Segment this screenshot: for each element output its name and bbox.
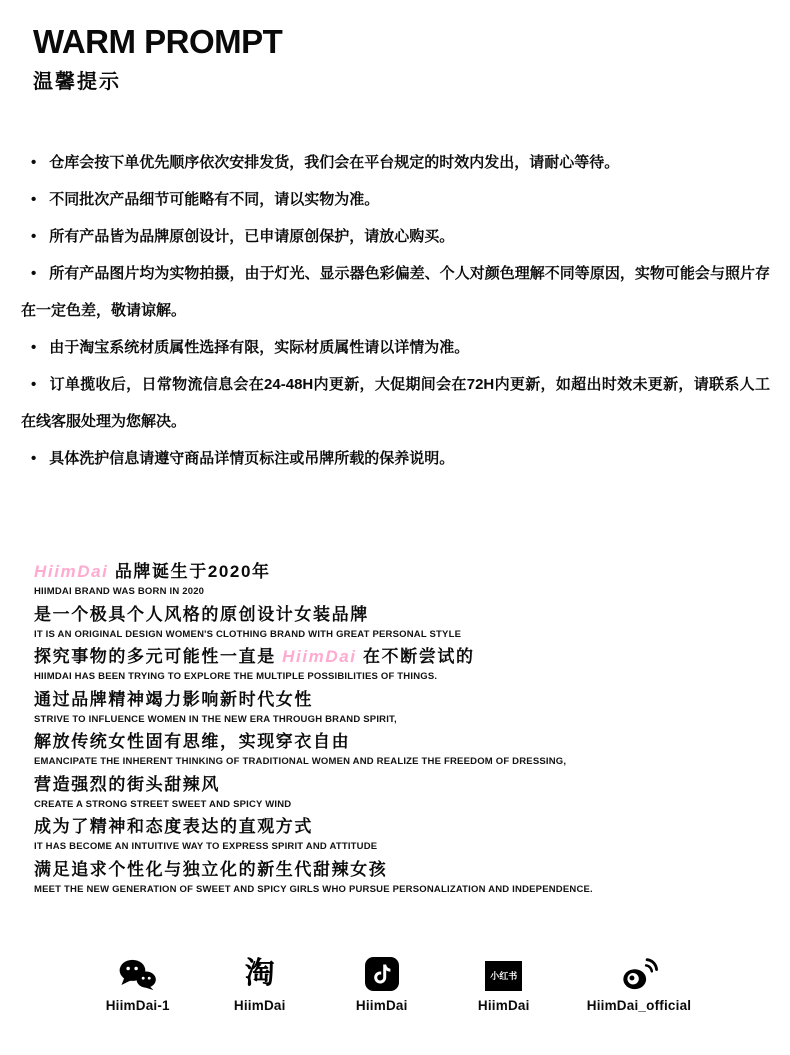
notice-item: •仓库会按下单优先顺序依次安排发货，我们会在平台规定的时效内发出，请耐心等待。: [21, 144, 770, 181]
wechat-icon: [117, 951, 158, 991]
weibo-handle: HiimDai_official: [587, 998, 691, 1013]
bullet-marker: •: [21, 450, 49, 467]
notice-item: •所有产品皆为品牌原创设计，已申请原创保护，请放心购买。: [21, 218, 770, 255]
brand-text: 通过品牌精神竭力影响新时代女性: [34, 690, 313, 709]
notice-text: 所有产品皆为品牌原创设计，已申请原创保护，请放心购买。: [49, 228, 454, 245]
social-item-taobao: 淘 HiimDai: [221, 951, 299, 1013]
brand-line-zh: 通过品牌精神竭力影响新时代女性: [34, 689, 757, 710]
notice-item: •不同批次产品细节可能略有不同，请以实物为准。: [21, 181, 770, 218]
xiaohongshu-icon: 小红书: [485, 951, 522, 991]
brand-text: 探究事物的多元可能性一直是: [34, 647, 282, 666]
brand-line-zh: 探究事物的多元可能性一直是 HiimDai 在不断尝试的: [34, 646, 757, 667]
brand-text: 满足追求个性化与独立化的新生代甜辣女孩: [34, 860, 387, 879]
notice-item: •订单揽收后，日常物流信息会在24-48H内更新，大促期间会在72H内更新，如超…: [21, 366, 770, 440]
notice-text: 不同批次产品细节可能略有不同，请以实物为准。: [49, 191, 379, 208]
brand-line-zh: HiimDai 品牌诞生于2020年: [34, 561, 757, 582]
brand-text: EMANCIPATE THE INHERENT THINKING OF TRAD…: [34, 756, 566, 767]
notice-item: •具体洗护信息请遵守商品详情页标注或吊牌所载的保养说明。: [21, 440, 770, 477]
notice-item: •由于淘宝系统材质属性选择有限，实际材质属性请以详情为准。: [21, 329, 770, 366]
brand-line-zh: 解放传统女性固有思维，实现穿衣自由: [34, 731, 757, 752]
notice-text: 所有产品图片均为实物拍摄，由于灯光、显示器色彩偏差、个人对颜色理解不同等原因，实…: [21, 265, 770, 319]
brand-text: 解放传统女性固有思维，实现穿衣自由: [34, 732, 350, 751]
brand-text: 品牌诞生于2020年: [109, 562, 271, 581]
brand-text: HIIMDAI BRAND WAS BORN IN 2020: [34, 586, 204, 597]
notice-text: 具体洗护信息请遵守商品详情页标注或吊牌所载的保养说明。: [49, 450, 454, 467]
brand-text: IT HAS BECOME AN INTUITIVE WAY TO EXPRES…: [34, 841, 377, 852]
brand-story: HiimDai 品牌诞生于2020年 HIIMDAI BRAND WAS BOR…: [34, 561, 757, 895]
xiaohongshu-glyph: 小红书: [490, 969, 517, 982]
brand-line-en: HIIMDAI HAS BEEN TRYING TO EXPLORE THE M…: [34, 671, 757, 682]
douyin-handle: HiimDai: [356, 998, 408, 1013]
bullet-marker: •: [21, 154, 49, 171]
taobao-icon: 淘: [245, 951, 275, 991]
notice-list: •仓库会按下单优先顺序依次安排发货，我们会在平台规定的时效内发出，请耐心等待。 …: [21, 144, 770, 477]
social-item-douyin: HiimDai: [343, 951, 421, 1013]
social-item-xiaohongshu: 小红书 HiimDai: [465, 951, 543, 1013]
brand-line-en: IT HAS BECOME AN INTUITIVE WAY TO EXPRES…: [34, 841, 757, 852]
taobao-handle: HiimDai: [234, 998, 286, 1013]
brand-text: 是一个极具个人风格的原创设计女装品牌: [34, 605, 369, 624]
brand-line-en: HIIMDAI BRAND WAS BORN IN 2020: [34, 586, 757, 597]
weibo-icon: [620, 951, 658, 991]
social-links-row: HiimDai-1 淘 HiimDai HiimDai 小红书 HiimDai: [0, 951, 790, 1013]
brand-text: 营造强烈的街头甜辣风: [34, 775, 220, 794]
notice-text: 由于淘宝系统材质属性选择有限，实际材质属性请以详情为准。: [49, 339, 469, 356]
brand-text: MEET THE NEW GENERATION OF SWEET AND SPI…: [34, 884, 593, 895]
brand-line-en: IT IS AN ORIGINAL DESIGN WOMEN'S CLOTHIN…: [34, 629, 757, 640]
brand-text: 在不断尝试的: [357, 647, 475, 666]
xiaohongshu-handle: HiimDai: [478, 998, 530, 1013]
notice-item: •所有产品图片均为实物拍摄，由于灯光、显示器色彩偏差、个人对颜色理解不同等原因，…: [21, 255, 770, 329]
brand-text: CREATE A STRONG STREET SWEET AND SPICY W…: [34, 799, 291, 810]
social-item-weibo: HiimDai_official: [587, 951, 691, 1013]
page-subtitle: 温馨提示: [33, 65, 757, 94]
bullet-marker: •: [21, 339, 49, 356]
brand-name-accent: HiimDai: [282, 647, 357, 666]
page-title: WARM PROMPT: [33, 24, 757, 59]
page-header: WARM PROMPT 温馨提示: [0, 0, 790, 94]
wechat-handle: HiimDai-1: [106, 998, 170, 1013]
douyin-icon: [365, 951, 399, 991]
bullet-marker: •: [21, 376, 49, 393]
notice-text: 仓库会按下单优先顺序依次安排发货，我们会在平台规定的时效内发出，请耐心等待。: [49, 154, 619, 171]
brand-line-zh: 营造强烈的街头甜辣风: [34, 774, 757, 795]
brand-text: IT IS AN ORIGINAL DESIGN WOMEN'S CLOTHIN…: [34, 629, 461, 640]
brand-line-zh: 成为了精神和态度表达的直观方式: [34, 816, 757, 837]
brand-line-en: MEET THE NEW GENERATION OF SWEET AND SPI…: [34, 884, 757, 895]
bullet-marker: •: [21, 191, 49, 208]
brand-line-zh: 满足追求个性化与独立化的新生代甜辣女孩: [34, 859, 757, 880]
taobao-glyph: 淘: [245, 957, 275, 991]
brand-name-accent: HiimDai: [34, 562, 109, 581]
brand-text: STRIVE TO INFLUENCE WOMEN IN THE NEW ERA…: [34, 714, 397, 725]
brand-line-en: EMANCIPATE THE INHERENT THINKING OF TRAD…: [34, 756, 757, 767]
bullet-marker: •: [21, 228, 49, 245]
brand-text: HIIMDAI HAS BEEN TRYING TO EXPLORE THE M…: [34, 671, 437, 682]
brand-line-en: STRIVE TO INFLUENCE WOMEN IN THE NEW ERA…: [34, 714, 757, 725]
brand-line-zh: 是一个极具个人风格的原创设计女装品牌: [34, 604, 757, 625]
warm-prompt-page: WARM PROMPT 温馨提示 •仓库会按下单优先顺序依次安排发货，我们会在平…: [0, 0, 790, 1055]
brand-text: 成为了精神和态度表达的直观方式: [34, 817, 313, 836]
social-item-wechat: HiimDai-1: [99, 951, 177, 1013]
bullet-marker: •: [21, 265, 49, 282]
notice-text: 订单揽收后，日常物流信息会在24-48H内更新，大促期间会在72H内更新，如超出…: [21, 376, 770, 430]
brand-line-en: CREATE A STRONG STREET SWEET AND SPICY W…: [34, 799, 757, 810]
